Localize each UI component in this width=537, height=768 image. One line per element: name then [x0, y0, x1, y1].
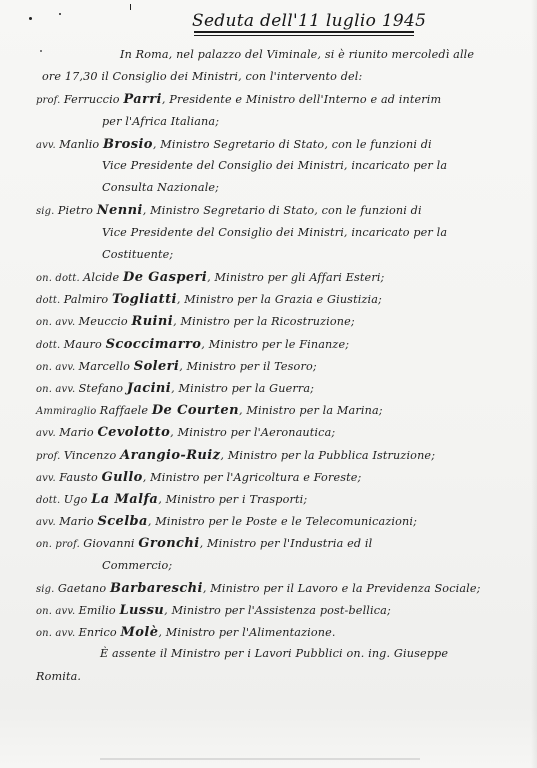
- member-surname: Gullo: [102, 470, 143, 485]
- member-first-name: Emilio: [79, 604, 120, 617]
- member-surname: Ruini: [132, 314, 174, 329]
- member-role-continued: Vice Presidente del Consiglio dei Minist…: [102, 159, 447, 172]
- intro-text: In Roma, nel palazzo del Viminale, si è …: [120, 48, 474, 61]
- member-first-name: Marcello: [79, 360, 134, 373]
- member-first-name: Mario: [59, 515, 97, 528]
- member-first-name: Pietro: [58, 204, 97, 217]
- member-line: on. avv. Marcello Soleri, Ministro per i…: [36, 359, 317, 374]
- member-surname: Scoccimarro: [106, 337, 202, 352]
- member-line: prof. Vincenzo Arangio-Ruiz, Ministro pe…: [36, 448, 435, 463]
- member-first-name: Ferruccio: [64, 93, 124, 106]
- member-surname: Brosio: [103, 137, 153, 152]
- member-title: sig.: [36, 584, 58, 595]
- member-title: on. avv.: [36, 317, 79, 328]
- member-line: avv. Manlio Brosio, Ministro Segretario …: [36, 137, 432, 152]
- member-role: , Ministro per gli Affari Esteri;: [207, 271, 384, 284]
- member-line-continued: Commercio;: [102, 559, 172, 572]
- intro-line: In Roma, nel palazzo del Viminale, si è …: [120, 48, 474, 61]
- member-first-name: Mario: [59, 426, 97, 439]
- page-edge: [531, 0, 537, 768]
- member-first-name: Enrico: [79, 626, 121, 639]
- intro-text: ore 17,30 il Consiglio dei Ministri, con…: [42, 70, 362, 83]
- member-first-name: Stefano: [79, 382, 127, 395]
- member-title: dott.: [36, 295, 64, 306]
- member-first-name: Giovanni: [83, 537, 138, 550]
- member-line: dott. Mauro Scoccimarro, Ministro per le…: [36, 337, 349, 352]
- member-surname: Gronchi: [138, 536, 199, 551]
- member-role-continued: Commercio;: [102, 559, 172, 572]
- member-title: Ammiraglio: [36, 406, 100, 417]
- member-role-continued: Costituente;: [102, 248, 173, 261]
- member-line-continued: Vice Presidente del Consiglio dei Minist…: [102, 159, 447, 172]
- member-line: on. avv. Emilio Lussu, Ministro per l'As…: [36, 603, 391, 618]
- member-title: sig.: [36, 206, 58, 217]
- member-first-name: Mauro: [64, 338, 106, 351]
- member-surname: Barbareschi: [110, 581, 203, 596]
- member-title: dott.: [36, 495, 64, 506]
- member-line-continued: per l'Africa Italiana;: [102, 115, 219, 128]
- member-first-name: Raffaele: [100, 404, 152, 417]
- member-title: prof.: [36, 451, 64, 462]
- member-title: on. prof.: [36, 539, 83, 550]
- member-surname: La Malfa: [91, 492, 158, 507]
- member-surname: Soleri: [134, 359, 179, 374]
- member-line-continued: Costituente;: [102, 248, 173, 261]
- closing-text: È assente il Ministro per i Lavori Pubbl…: [100, 647, 448, 660]
- member-surname: Nenni: [97, 203, 143, 218]
- member-surname: De Gasperi: [123, 270, 207, 285]
- member-line: prof. Ferruccio Parri, Presidente e Mini…: [36, 92, 441, 107]
- page-bottom-edge: [100, 758, 420, 760]
- member-line: on. prof. Giovanni Gronchi, Ministro per…: [36, 536, 372, 551]
- ink-speck: [29, 17, 32, 20]
- member-surname: Parri: [123, 92, 162, 107]
- member-line: on. dott. Alcide De Gasperi, Ministro pe…: [36, 270, 384, 285]
- member-title: avv.: [36, 517, 59, 528]
- member-title: on. avv.: [36, 362, 79, 373]
- member-line: avv. Fausto Gullo, Ministro per l'Agrico…: [36, 470, 361, 485]
- member-role: , Ministro per l'Industria ed il: [200, 537, 373, 550]
- member-title: on. avv.: [36, 628, 79, 639]
- member-role: , Ministro per i Trasporti;: [158, 493, 307, 506]
- member-first-name: Fausto: [59, 471, 101, 484]
- member-role: , Ministro per le Finanze;: [201, 338, 349, 351]
- member-line: Ammiraglio Raffaele De Courten, Ministro…: [36, 403, 383, 418]
- member-line: on. avv. Meuccio Ruini, Ministro per la …: [36, 314, 355, 329]
- closing-line: Romita.: [36, 670, 81, 683]
- member-title: on. avv.: [36, 384, 79, 395]
- member-surname: Molè: [121, 625, 159, 640]
- member-line: on. avv. Enrico Molè, Ministro per l'Ali…: [36, 625, 336, 640]
- member-line: avv. Mario Scelba, Ministro per le Poste…: [36, 514, 417, 529]
- member-first-name: Gaetano: [58, 582, 110, 595]
- member-role: , Ministro per l'Alimentazione.: [158, 626, 335, 639]
- member-surname: Cevolotto: [97, 425, 170, 440]
- member-line: sig. Pietro Nenni, Ministro Segretario d…: [36, 203, 422, 218]
- member-line-continued: Consulta Nazionale;: [102, 181, 219, 194]
- member-surname: Arangio-Ruiz: [120, 448, 220, 463]
- member-surname: De Courten: [152, 403, 239, 418]
- intro-line: ore 17,30 il Consiglio dei Ministri, con…: [42, 70, 362, 83]
- member-title: on. dott.: [36, 273, 83, 284]
- member-role: , Ministro per la Ricostruzione;: [173, 315, 355, 328]
- closing-text: Romita.: [36, 670, 81, 683]
- member-first-name: Alcide: [83, 271, 123, 284]
- ink-speck: [130, 4, 131, 10]
- member-title: on. avv.: [36, 606, 79, 617]
- member-line: dott. Ugo La Malfa, Ministro per i Trasp…: [36, 492, 307, 507]
- member-first-name: Vincenzo: [64, 449, 120, 462]
- document-title: Seduta dell'11 luglio 1945: [192, 11, 426, 31]
- title-underline: [194, 31, 414, 36]
- member-role: , Ministro per la Grazia e Giustizia;: [177, 293, 382, 306]
- member-surname: Scelba: [97, 514, 147, 529]
- ink-speck: [40, 50, 42, 52]
- member-role-continued: Consulta Nazionale;: [102, 181, 219, 194]
- member-title: avv.: [36, 140, 59, 151]
- member-surname: Togliatti: [112, 292, 177, 307]
- member-line: sig. Gaetano Barbareschi, Ministro per i…: [36, 581, 481, 596]
- member-role: , Ministro Segretario di Stato, con le f…: [153, 138, 432, 151]
- member-line: on. avv. Stefano Jacini, Ministro per la…: [36, 381, 314, 396]
- member-title: avv.: [36, 473, 59, 484]
- member-role: , Ministro per l'Assistenza post-bellica…: [164, 604, 391, 617]
- member-role: , Ministro per l'Agricoltura e Foreste;: [143, 471, 362, 484]
- member-title: dott.: [36, 340, 64, 351]
- ink-speck: [59, 13, 61, 15]
- member-first-name: Manlio: [59, 138, 103, 151]
- member-role: , Ministro Segretario di Stato, con le f…: [143, 204, 422, 217]
- member-first-name: Ugo: [64, 493, 91, 506]
- closing-line: È assente il Ministro per i Lavori Pubbl…: [100, 647, 448, 660]
- member-line-continued: Vice Presidente del Consiglio dei Minist…: [102, 226, 447, 239]
- member-role-continued: per l'Africa Italiana;: [102, 115, 219, 128]
- member-first-name: Palmiro: [64, 293, 112, 306]
- document-page: Seduta dell'11 luglio 1945 In Roma, nel …: [0, 0, 537, 768]
- member-title: prof.: [36, 95, 64, 106]
- member-role: , Ministro per la Marina;: [239, 404, 383, 417]
- member-line: dott. Palmiro Togliatti, Ministro per la…: [36, 292, 382, 307]
- member-role: , Ministro per la Pubblica Istruzione;: [220, 449, 435, 462]
- member-role: , Ministro per la Guerra;: [171, 382, 314, 395]
- member-role: , Presidente e Ministro dell'Interno e a…: [162, 93, 441, 106]
- member-role: , Ministro per le Poste e le Telecomunic…: [148, 515, 417, 528]
- member-role-continued: Vice Presidente del Consiglio dei Minist…: [102, 226, 447, 239]
- member-role: , Ministro per il Lavoro e la Previdenza…: [203, 582, 481, 595]
- member-surname: Lussu: [119, 603, 164, 618]
- member-role: , Ministro per l'Aeronautica;: [170, 426, 335, 439]
- member-first-name: Meuccio: [79, 315, 132, 328]
- member-role: , Ministro per il Tesoro;: [179, 360, 317, 373]
- member-line: avv. Mario Cevolotto, Ministro per l'Aer…: [36, 425, 335, 440]
- member-title: avv.: [36, 428, 59, 439]
- member-surname: Jacini: [127, 381, 171, 396]
